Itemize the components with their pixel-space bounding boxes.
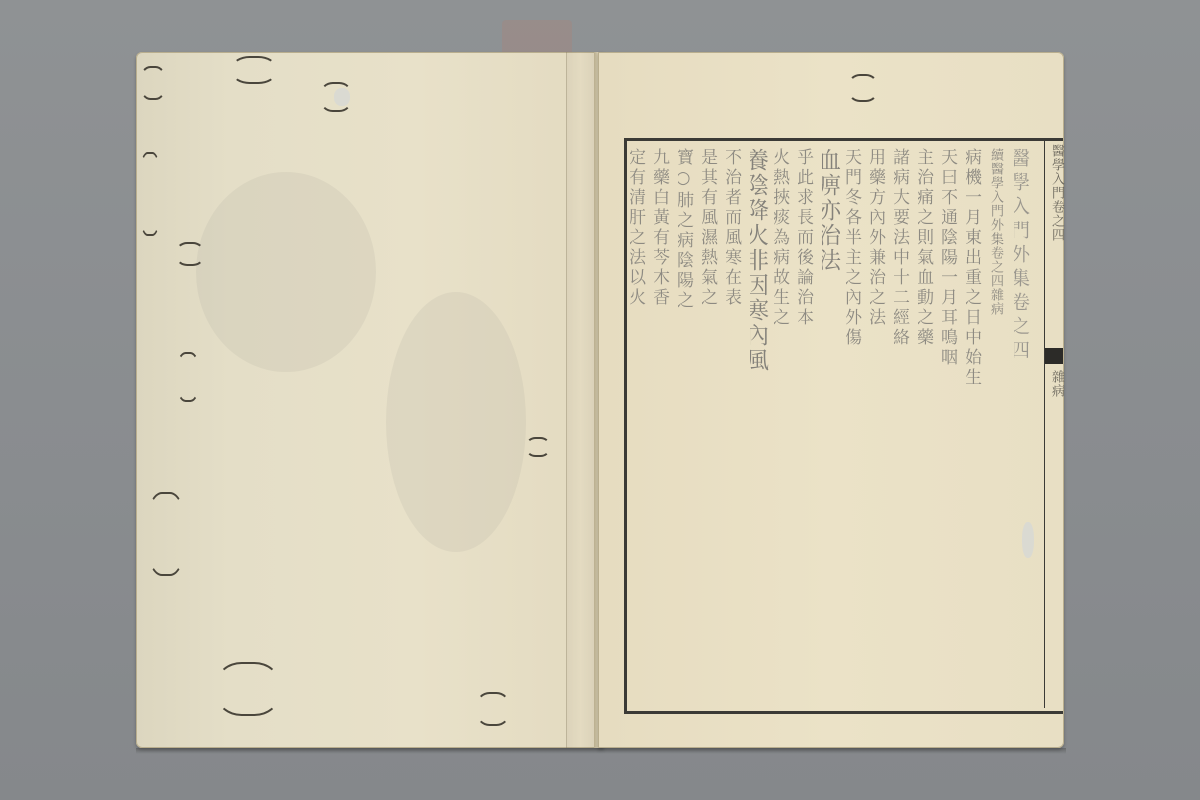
wormhole-damage — [232, 56, 276, 84]
wormhole-damage — [146, 492, 186, 576]
wormhole-damage — [138, 152, 162, 236]
open-book: 醫學入門卷之四 雜病 醫學入門外集卷之四 續醫學入門外集卷之四雜病 病機一月東出… — [136, 52, 1066, 748]
center-margin: 醫學入門卷之四 雜病 — [1044, 138, 1063, 708]
wormhole-damage — [176, 242, 204, 266]
text-column: 天門冬各半主之內外傷 — [846, 148, 866, 698]
text-columns: 醫學入門外集卷之四 續醫學入門外集卷之四雜病 病機一月東出重之日中始生 天曰不通… — [630, 148, 1034, 698]
text-column-title: 醫學入門外集卷之四 — [1014, 148, 1034, 698]
banxin-section: 雜病 — [1047, 370, 1066, 398]
wormhole-damage — [216, 662, 280, 716]
wormhole-damage — [176, 352, 200, 402]
text-column: 是其有風濕熱氣之 — [702, 148, 722, 698]
text-column: 天曰不通陰陽一月耳鳴咽 — [942, 148, 962, 698]
text-column: 病機一月東出重之日中始生 — [966, 148, 986, 698]
text-column: 諸病大要法中十二經絡 — [894, 148, 914, 698]
text-column: 不治者而風寒在表 — [726, 148, 746, 698]
text-column: 乎此求長而後論治本 — [798, 148, 818, 698]
text-column-large: 血痹亦治法 — [822, 148, 842, 698]
text-column-large: 養陰降火非因寒內風 — [750, 148, 770, 698]
text-column: 九藥白黃有芩木香 — [654, 148, 674, 698]
left-page — [136, 52, 604, 748]
text-column: 主治痛之則氣血動之藥 — [918, 148, 938, 698]
banxin-title: 醫學入門卷之四 — [1047, 144, 1066, 242]
wormhole-damage — [140, 66, 166, 100]
wormhole-damage — [526, 437, 550, 457]
text-column: 續醫學入門外集卷之四雜病 — [990, 148, 1010, 698]
right-page: 醫學入門卷之四 雜病 醫學入門外集卷之四 續醫學入門外集卷之四雜病 病機一月東出… — [598, 52, 1064, 748]
fishtail-mark — [1045, 348, 1063, 364]
text-column: 用藥方內外兼治之法 — [870, 148, 890, 698]
text-column: 寶○肺之病陰陽之 — [678, 148, 698, 698]
wormhole-damage — [476, 692, 510, 726]
wormhole-damage — [848, 74, 878, 102]
text-column: 火熱挾痰為病故生之 — [774, 148, 794, 698]
text-column: 定有清肝之法以火 — [630, 148, 650, 698]
